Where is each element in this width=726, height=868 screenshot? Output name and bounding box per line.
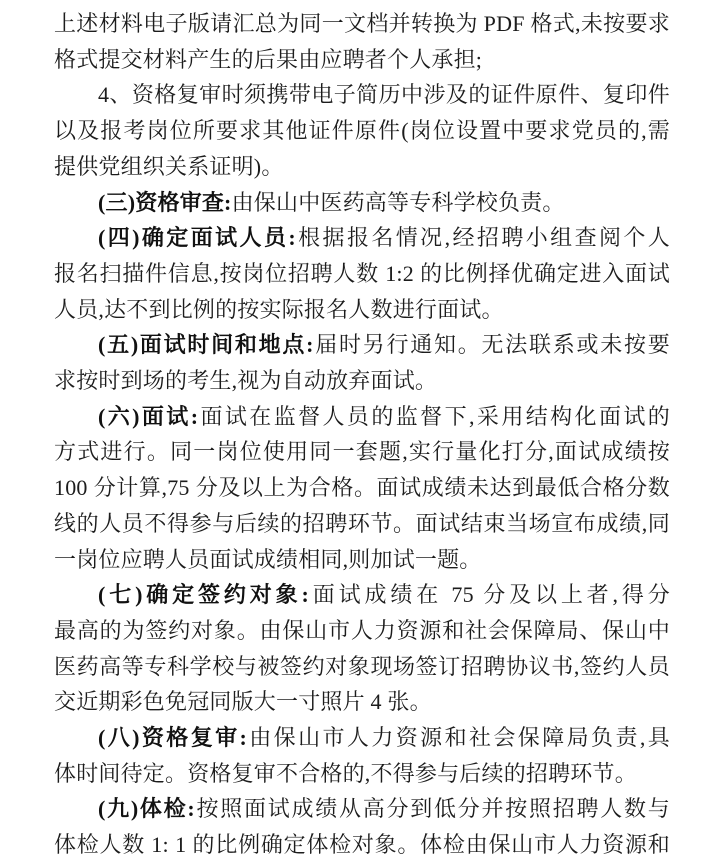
text-line: 以及报考岗位所要求其他证件原件(岗位设置中要求党员的,需 bbox=[54, 113, 670, 149]
section-heading: (五)面试时间和地点: bbox=[98, 332, 314, 357]
line-text: 由保山中医药高等专科学校负责。 bbox=[232, 190, 565, 215]
text-line: 上述材料电子版请汇总为同一文档并转换为 PDF 格式,未按要求 bbox=[54, 6, 670, 42]
line-text: 由保山市人力资源和社会保障局负责,具 bbox=[247, 725, 670, 750]
text-line: 体时间待定。资格复审不合格的,不得参与后续的招聘环节。 bbox=[54, 756, 670, 792]
line-text: 4、资格复审时须携带电子简历中涉及的证件原件、复印件 bbox=[98, 82, 670, 107]
line-text: 面试成绩在 75 分及以上者,得分 bbox=[309, 582, 670, 607]
line-text: 届时另行通知。无法联系或未按要 bbox=[314, 332, 670, 357]
text-line: 报名扫描件信息,按岗位招聘人数 1:2 的比例择优确定进入面试 bbox=[54, 256, 670, 292]
text-line: 100 分计算,75 分及以上为合格。面试成绩未达到最低合格分数 bbox=[54, 470, 670, 506]
line-text: 以及报考岗位所要求其他证件原件(岗位设置中要求党员的,需 bbox=[54, 118, 670, 143]
section-heading: (三)资格审查: bbox=[98, 190, 232, 215]
text-line: 人员,达不到比例的按实际报名人数进行面试。 bbox=[54, 292, 670, 328]
line-text: 100 分计算,75 分及以上为合格。面试成绩未达到最低合格分数 bbox=[54, 475, 670, 500]
text-line: 一岗位应聘人员面试成绩相同,则加试一题。 bbox=[54, 542, 670, 578]
line-text: 人员,达不到比例的按实际报名人数进行面试。 bbox=[54, 297, 504, 322]
text-line: (八)资格复审:由保山市人力资源和社会保障局负责,具 bbox=[54, 720, 670, 756]
line-text: 线的人员不得参与后续的招聘环节。面试结束当场宣布成绩,同 bbox=[54, 511, 670, 536]
text-line: 医药高等专科学校与被签约对象现场签订招聘协议书,签约人员 bbox=[54, 649, 670, 685]
text-line: (七)确定签约对象:面试成绩在 75 分及以上者,得分 bbox=[54, 577, 670, 613]
text-line: 格式提交材料产生的后果由应聘者个人承担; bbox=[54, 42, 670, 78]
text-line: (四)确定面试人员:根据报名情况,经招聘小组查阅个人 bbox=[54, 220, 670, 256]
document-page: 上述材料电子版请汇总为同一文档并转换为 PDF 格式,未按要求 格式提交材料产生… bbox=[0, 0, 726, 868]
text-line: (五)面试时间和地点:届时另行通知。无法联系或未按要 bbox=[54, 327, 670, 363]
text-line: (六)面试:面试在监督人员的监督下,采用结构化面试的 bbox=[54, 399, 670, 435]
line-text: 最高的为签约对象。由保山市人力资源和社会保障局、保山中 bbox=[54, 618, 670, 643]
line-text: 求按时到场的考生,视为自动放弃面试。 bbox=[54, 368, 437, 393]
text-line: 求按时到场的考生,视为自动放弃面试。 bbox=[54, 363, 670, 399]
text-line: 交近期彩色免冠同版大一寸照片 4 张。 bbox=[54, 684, 670, 720]
text-line: 4、资格复审时须携带电子简历中涉及的证件原件、复印件 bbox=[54, 77, 670, 113]
text-line: 提供党组织关系证明)。 bbox=[54, 149, 670, 185]
line-text: 上述材料电子版请汇总为同一文档并转换为 PDF 格式,未按要求 bbox=[54, 11, 670, 36]
line-text: 根据报名情况,经招聘小组查阅个人 bbox=[296, 225, 670, 250]
section-heading: (七)确定签约对象: bbox=[98, 582, 309, 607]
document-text-block: 上述材料电子版请汇总为同一文档并转换为 PDF 格式,未按要求 格式提交材料产生… bbox=[54, 6, 670, 863]
line-text: 一岗位应聘人员面试成绩相同,则加试一题。 bbox=[54, 547, 482, 572]
line-text: 交近期彩色免冠同版大一寸照片 4 张。 bbox=[54, 689, 432, 714]
text-line: 最高的为签约对象。由保山市人力资源和社会保障局、保山中 bbox=[54, 613, 670, 649]
line-text: 方式进行。同一岗位使用同一套题,实行量化打分,面试成绩按 bbox=[54, 439, 670, 464]
text-line: (三)资格审查:由保山中医药高等专科学校负责。 bbox=[54, 185, 670, 221]
section-heading: (六)面试: bbox=[98, 404, 198, 429]
line-text: 格式提交材料产生的后果由应聘者个人承担; bbox=[54, 47, 482, 72]
text-line: (九)体检:按照面试成绩从高分到低分并按照招聘人数与 bbox=[54, 791, 670, 827]
line-text: 体时间待定。资格复审不合格的,不得参与后续的招聘环节。 bbox=[54, 761, 637, 786]
text-line: 线的人员不得参与后续的招聘环节。面试结束当场宣布成绩,同 bbox=[54, 506, 670, 542]
section-heading: (九)体检: bbox=[98, 796, 195, 821]
line-text: 报名扫描件信息,按岗位招聘人数 1:2 的比例择优确定进入面试 bbox=[54, 261, 670, 286]
section-heading: (四)确定面试人员: bbox=[98, 225, 296, 250]
line-text: 按照面试成绩从高分到低分并按照招聘人数与 bbox=[195, 796, 670, 821]
line-text: 面试在监督人员的监督下,采用结构化面试的 bbox=[198, 404, 670, 429]
section-heading: (八)资格复审: bbox=[98, 725, 247, 750]
text-line: 体检人数 1: 1 的比例确定体检对象。体检由保山市人力资源和 bbox=[54, 827, 670, 863]
text-line: 方式进行。同一岗位使用同一套题,实行量化打分,面试成绩按 bbox=[54, 434, 670, 470]
line-text: 体检人数 1: 1 的比例确定体检对象。体检由保山市人力资源和 bbox=[54, 832, 670, 857]
line-text: 提供党组织关系证明)。 bbox=[54, 154, 284, 179]
line-text: 医药高等专科学校与被签约对象现场签订招聘协议书,签约人员 bbox=[54, 654, 670, 679]
